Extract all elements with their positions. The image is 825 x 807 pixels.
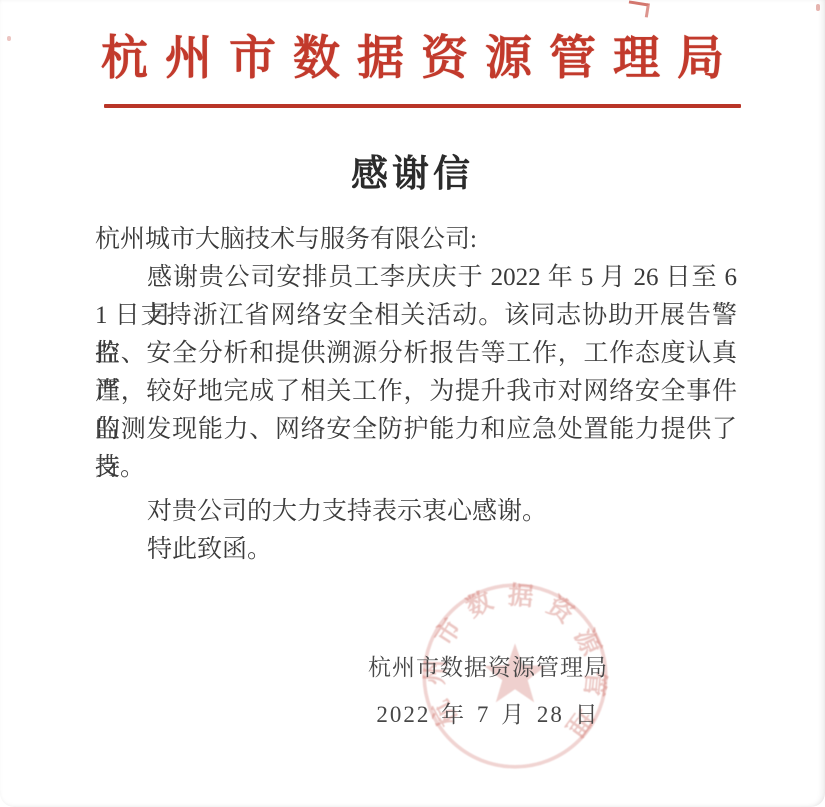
signature-date: 2022 年 7 月 28 日 [333, 699, 643, 731]
body-line: 感谢贵公司安排员工李庆庆于 2022 年 5 月 26 日至 6 月 [95, 259, 737, 297]
salutation-line: 杭州城市大脑技术与服务有限公司: [95, 221, 737, 259]
letter-body: 杭州城市大脑技术与服务有限公司: 感谢贵公司安排员工李庆庆于 2022 年 5 … [95, 221, 737, 569]
thanks-line: 对贵公司的大力支持表示衷心感谢。 [95, 493, 737, 531]
letter-title: 感谢信 [0, 150, 825, 198]
body-line: 持。 [95, 449, 737, 487]
body-line: 谨，较好地完成了相关工作，为提升我市对网络安全事件的 [95, 373, 737, 411]
scanned-letter-page: 杭州市数据资源管理局 感谢信 杭州城市大脑技术与服务有限公司: 感谢贵公司安排员… [0, 0, 825, 807]
letterhead-org-name: 杭州市数据资源管理局 [0, 28, 825, 90]
body-line: 控、安全分析和提供溯源分析报告等工作，工作态度认真严 [95, 335, 737, 373]
body-line: 监测发现能力、网络安全防护能力和应急处置能力提供了支 [95, 411, 737, 449]
closing-line: 特此致函。 [95, 531, 737, 569]
signature-org-name: 杭州市数据资源管理局 [333, 652, 643, 684]
red-artifact-mark [627, 0, 650, 17]
red-artifact-dot [816, 4, 820, 11]
letterhead-rule [104, 104, 741, 108]
body-line: 1 日支持浙江省网络安全相关活动。该同志协助开展告警监 [95, 297, 737, 335]
